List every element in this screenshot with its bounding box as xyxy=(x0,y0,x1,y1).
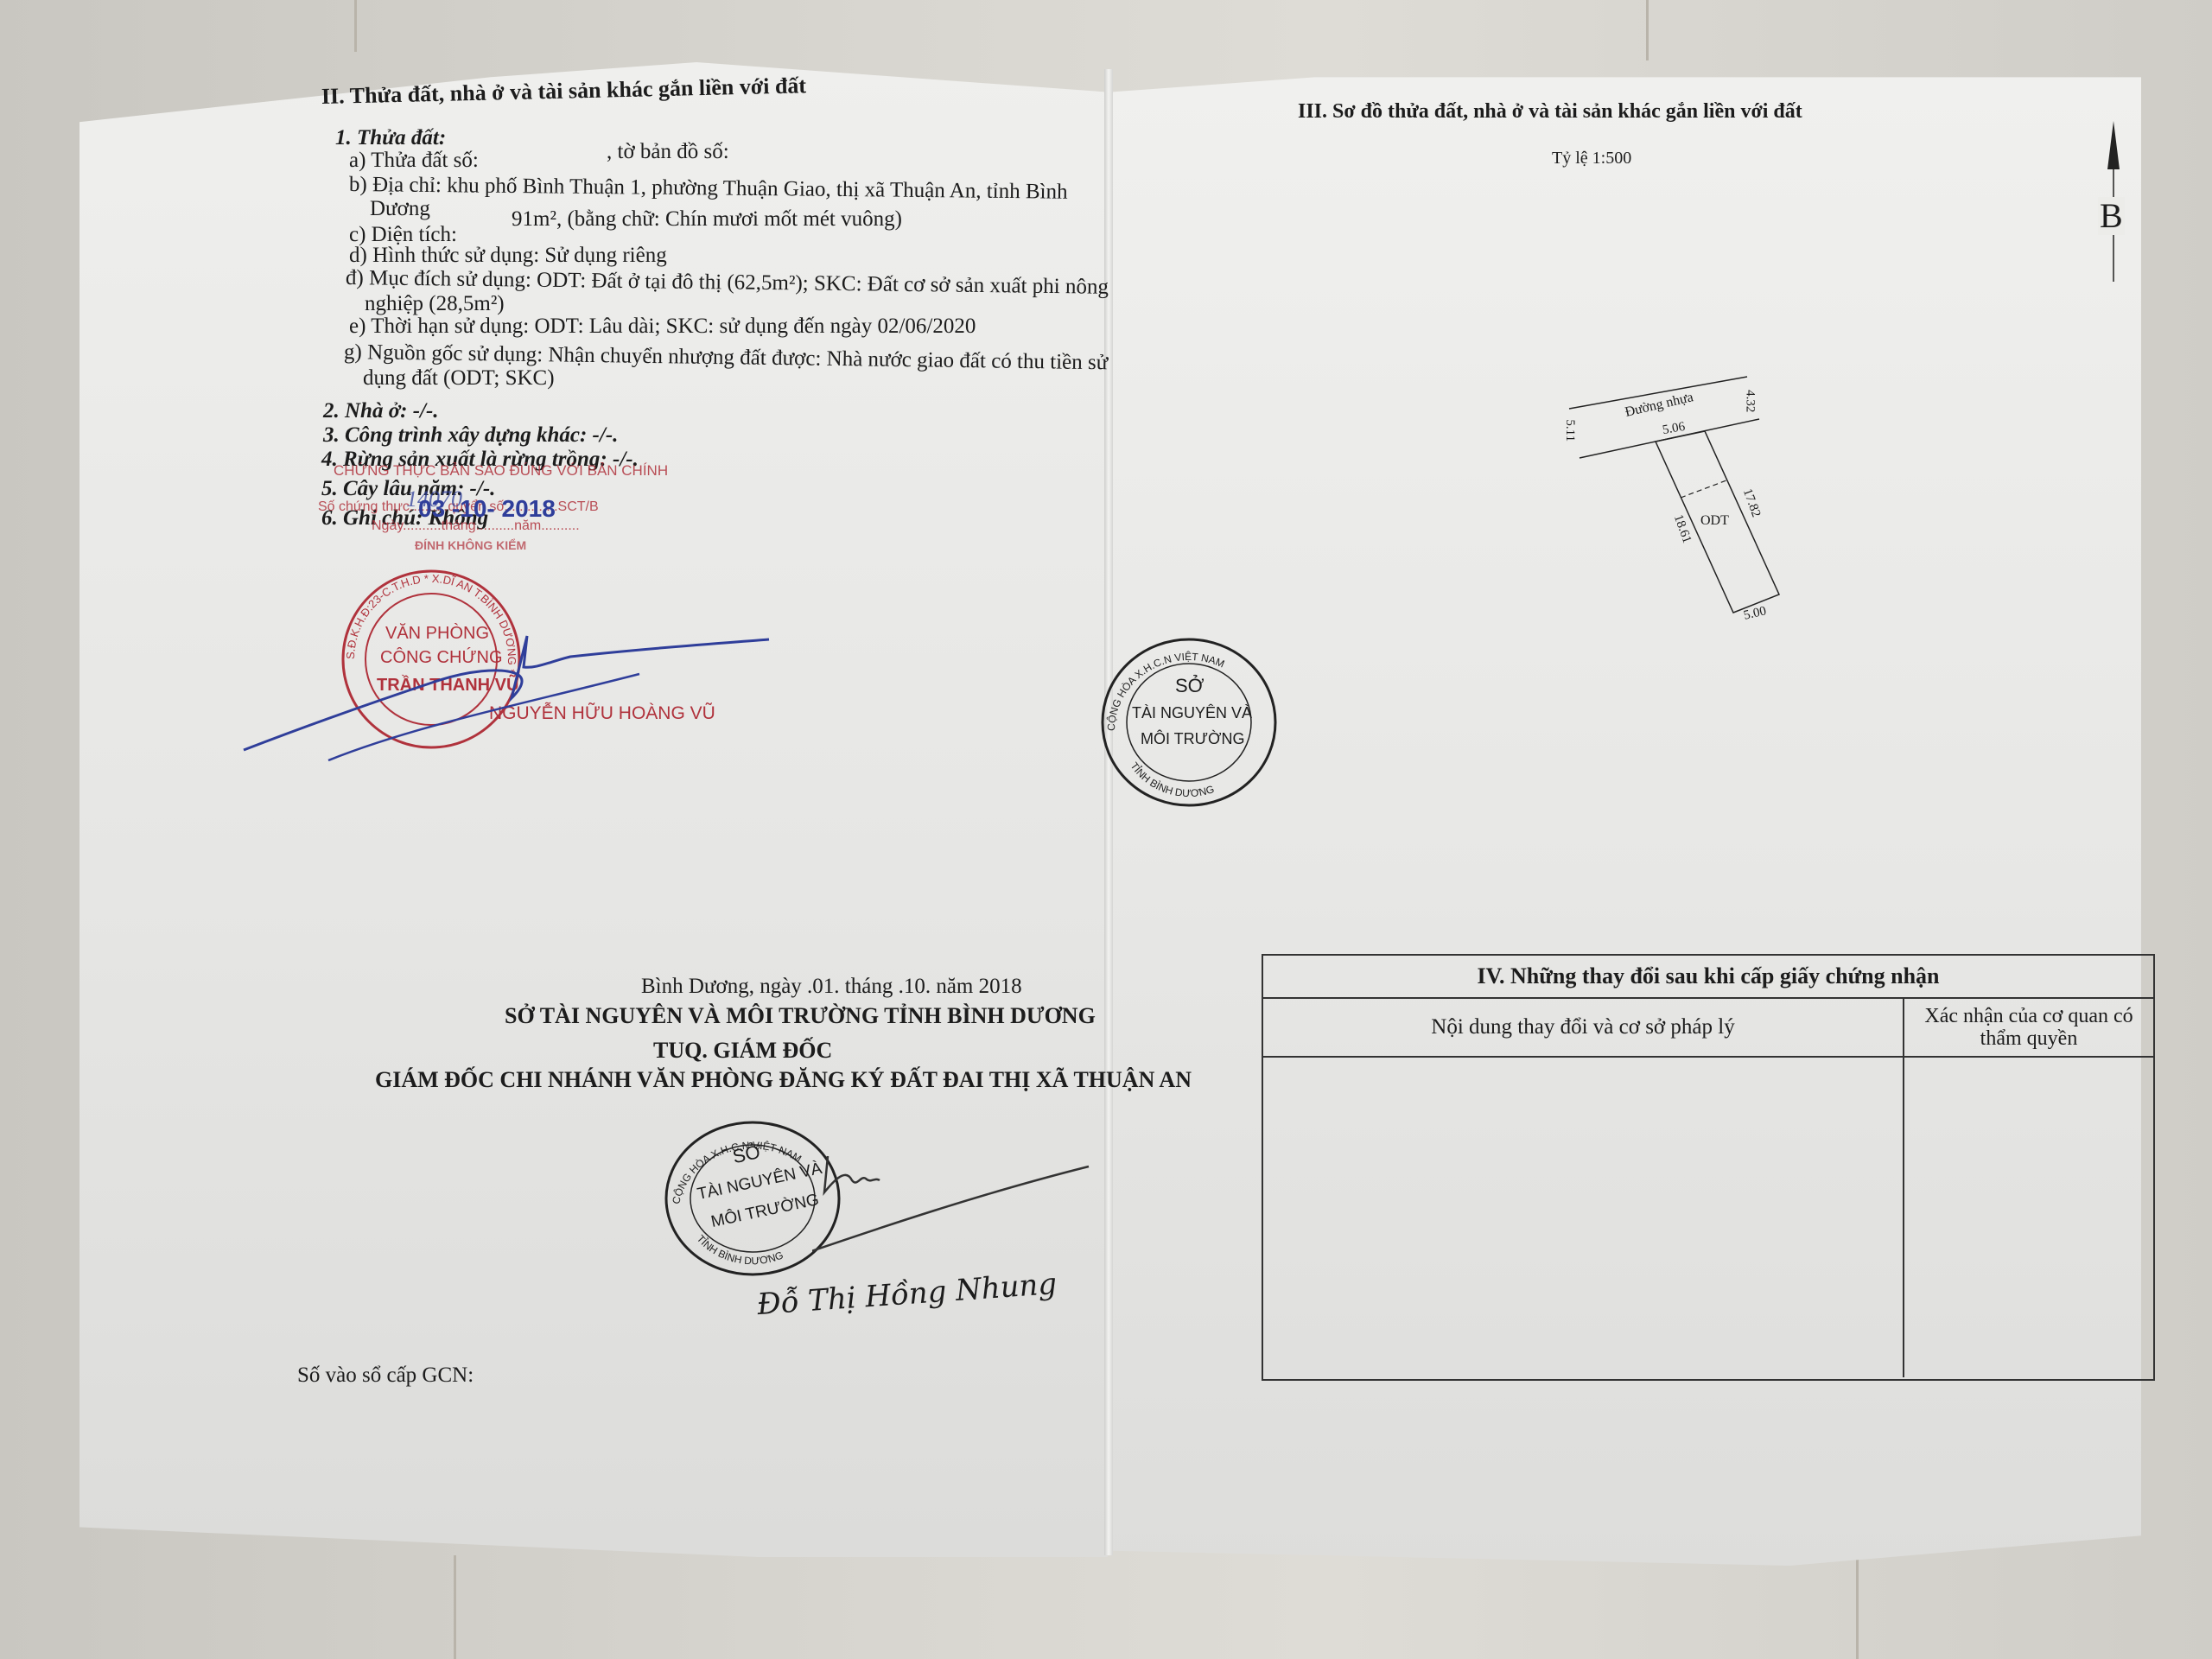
item3-construction: 3. Công trình xây dựng khác: -/-. xyxy=(323,423,618,448)
usage-form: d) Hình thức sử dụng: Sử dụng riêng xyxy=(349,244,667,268)
mid-official-seal: CỘNG HÒA X.H.C.N VIỆT NAM TỈNH BÌNH DƯƠN… xyxy=(1099,636,1279,809)
tile-seam xyxy=(1856,1555,1859,1659)
mid-seal-line3: MÔI TRƯỜNG xyxy=(1141,731,1244,748)
parcel-number-label: a) Thửa đất số: xyxy=(349,149,479,173)
registry-number-label: Số vào sổ cấp GCN: xyxy=(297,1363,474,1388)
director-signature xyxy=(812,1149,1141,1262)
changes-col-content: Nội dung thay đổi và cơ sở pháp lý xyxy=(1263,999,1904,1056)
changes-col-confirmation: Xác nhận của cơ quan có thẩm quyền xyxy=(1904,999,2153,1056)
usage-origin-cont: dụng đất (ODT; SKC) xyxy=(363,366,555,391)
north-label: B xyxy=(2098,197,2125,235)
changes-table: IV. Những thay đổi sau khi cấp giấy chứn… xyxy=(1262,954,2155,1381)
authority-tuq: TUQ. GIÁM ĐỐC xyxy=(653,1039,832,1064)
road-width-right: 4.32 xyxy=(1743,390,1758,412)
tile-seam xyxy=(1646,0,1649,60)
certification-date: 03 -10- 2018 xyxy=(418,496,556,523)
address-line-cont: Dương xyxy=(370,197,430,221)
notary-signature xyxy=(242,622,778,769)
usage-purpose-cont: nghiệp (28,5m²) xyxy=(365,292,505,316)
scale-label: Tỷ lệ 1:500 xyxy=(1552,149,1631,168)
issue-date-line: Bình Dương, ngày .01. tháng .10. năm 201… xyxy=(641,975,1022,999)
road-width-left: 5.11 xyxy=(1563,419,1578,442)
certification-line4: ĐÍNH KHÔNG KIỂM xyxy=(415,539,526,552)
changes-table-title: IV. Những thay đổi sau khi cấp giấy chứn… xyxy=(1263,956,2153,999)
item1-heading: 1. Thửa đất: xyxy=(335,126,446,150)
authority-department: SỞ TÀI NGUYÊN VÀ MÔI TRƯỜNG TỈNH BÌNH DƯ… xyxy=(505,1004,1096,1029)
section-iii-title: III. Sơ đồ thửa đất, nhà ở và tài sản kh… xyxy=(1298,100,1802,123)
authority-branch-director: GIÁM ĐỐC CHI NHÁNH VĂN PHÒNG ĐĂNG KÝ ĐẤT… xyxy=(375,1068,1192,1093)
usage-term: e) Thời hạn sử dụng: ODT: Lâu dài; SKC: … xyxy=(349,315,976,339)
area-value: 91m², (bằng chữ: Chín mươi mốt mét vuông… xyxy=(512,207,902,232)
mid-seal-line1: SỞ xyxy=(1175,676,1205,696)
tile-seam xyxy=(354,0,357,52)
certification-line1: CHỨNG THỰC BẢN SAO ĐÚNG VỚI BẢN CHÍNH xyxy=(334,463,668,480)
item2-house: 2. Nhà ở: -/-. xyxy=(323,399,439,423)
map-sheet-label: , tờ bản đồ số: xyxy=(607,140,729,164)
changes-confirmation-cell xyxy=(1904,1058,2153,1377)
mid-seal-line2: TÀI NGUYÊN VÀ xyxy=(1132,705,1252,722)
land-use-code: ODT xyxy=(1700,513,1729,529)
tile-seam xyxy=(454,1555,456,1659)
changes-content-cell xyxy=(1263,1058,1904,1377)
